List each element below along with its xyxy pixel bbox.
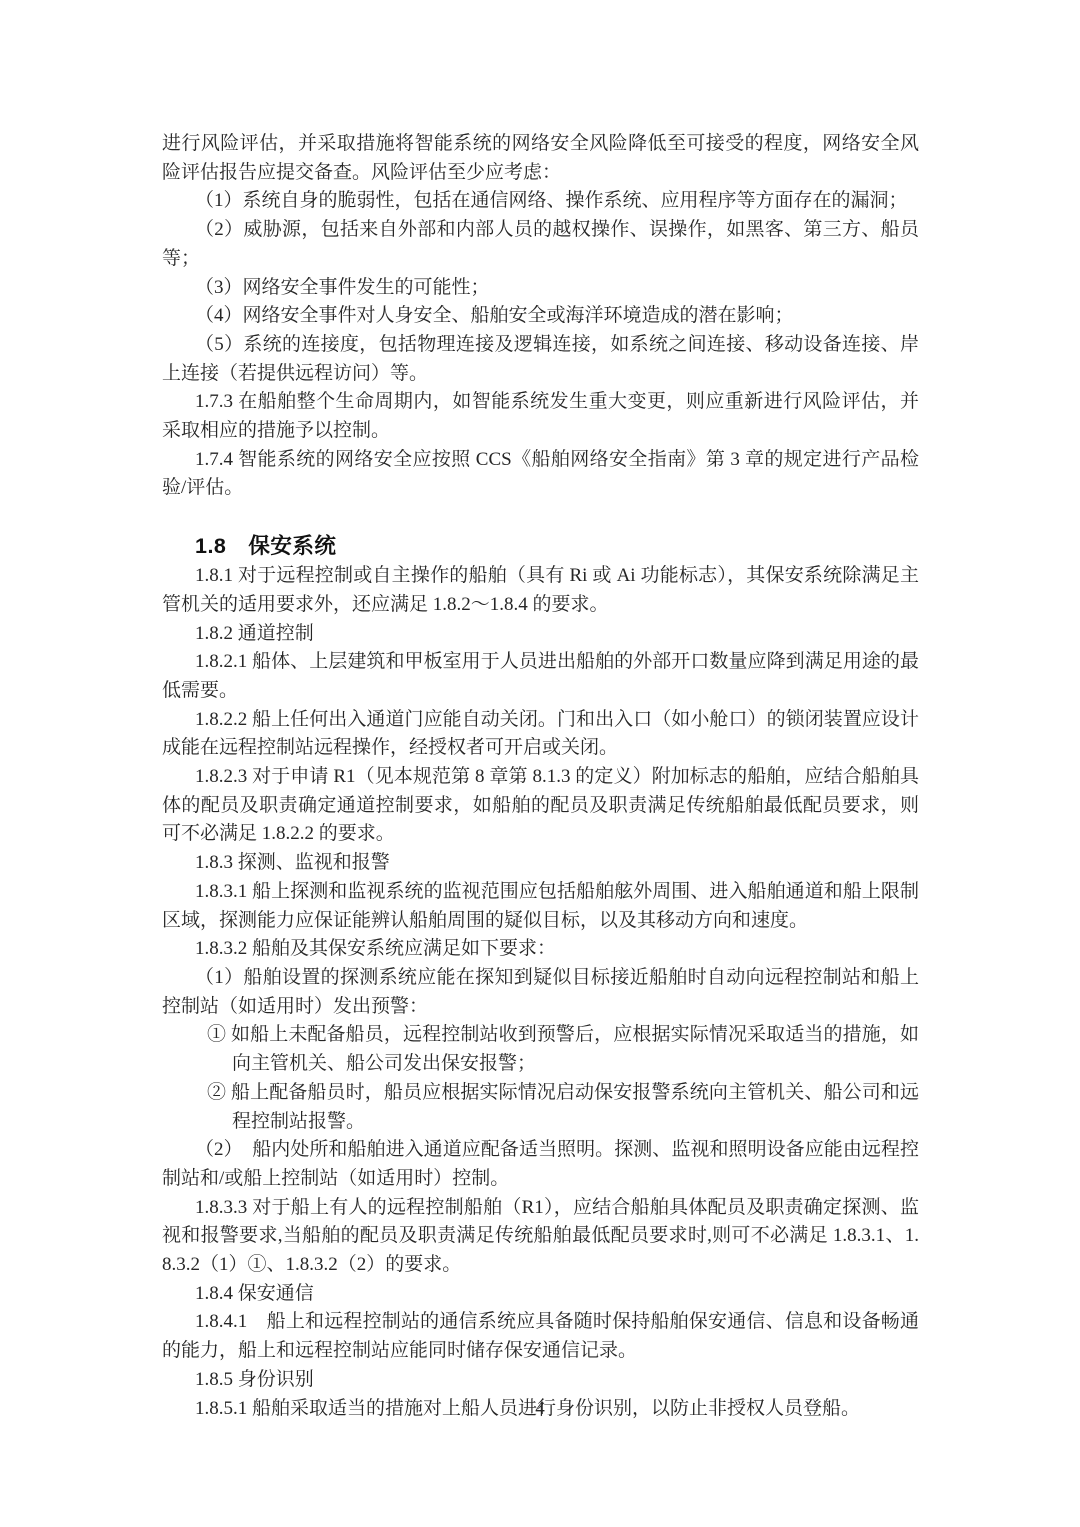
paragraph: （2） 船内处所和船舶进入通道应配备适当照明。探测、监视和照明设备应能由远程控制… — [162, 1136, 919, 1193]
paragraph: （1）系统自身的脆弱性，包括在通信网络、操作系统、应用程序等方面存在的漏洞； — [162, 187, 919, 216]
paragraph: ② 船上配备船员时，船员应根据实际情况启动保安报警系统向主管机关、船公司和远程控… — [162, 1079, 919, 1136]
paragraph: 1.8.4 保安通信 — [162, 1280, 919, 1309]
paragraph: 1.8.4.1 船上和远程控制站的通信系统应具备随时保持船舶保安通信、信息和设备… — [162, 1308, 919, 1365]
paragraph: （2）威胁源，包括来自外部和内部人员的越权操作、误操作，如黑客、第三方、船员等； — [162, 216, 919, 273]
paragraph: （5）系统的连接度，包括物理连接及逻辑连接，如系统之间连接、移动设备连接、岸上连… — [162, 331, 919, 388]
paragraph: 进行风险评估，并采取措施将智能系统的网络安全风险降低至可接受的程度，网络安全风险… — [162, 130, 919, 187]
paragraph: 1.8.3 探测、监视和报警 — [162, 849, 919, 878]
paragraph: 1.8.1 对于远程控制或自主操作的船舶（具有 Ri 或 Ai 功能标志），其保… — [162, 562, 919, 619]
paragraph: （1）船舶设置的探测系统应能在探知到疑似目标接近船舶时自动向远程控制站和船上控制… — [162, 964, 919, 1021]
paragraph: 1.8.5 身份识别 — [162, 1366, 919, 1395]
paragraph: （4）网络安全事件对人身安全、船舶安全或海洋环境造成的潜在影响； — [162, 302, 919, 331]
document-page: 进行风险评估，并采取措施将智能系统的网络安全风险降低至可接受的程度，网络安全风险… — [0, 0, 1080, 1527]
paragraph: 1.8.2.3 对于申请 R1（见本规范第 8 章第 8.1.3 的定义）附加标… — [162, 763, 919, 849]
paragraph: 1.8.2.1 船体、上层建筑和甲板室用于人员进出船舶的外部开口数量应降到满足用… — [162, 648, 919, 705]
paragraph: 1.8.2.2 船上任何出入通道门应能自动关闭。门和出入口（如小舱口）的锁闭装置… — [162, 706, 919, 763]
section-heading: 1.8 保安系统 — [162, 532, 919, 561]
paragraph: ① 如船上未配备船员，远程控制站收到预警后，应根据实际情况采取适当的措施，如向主… — [162, 1021, 919, 1078]
paragraph: 1.8.3.1 船上探测和监视系统的监视范围应包括船舶舷外周围、进入船舶通道和船… — [162, 878, 919, 935]
paragraph: 1.8.3.3 对于船上有人的远程控制船舶（R1），应结合船舶具体配员及职责确定… — [162, 1194, 919, 1280]
paragraph: 1.7.3 在船舶整个生命周期内，如智能系统发生重大变更，则应重新进行风险评估，… — [162, 388, 919, 445]
paragraph: 1.7.4 智能系统的网络安全应按照 CCS《船舶网络安全指南》第 3 章的规定… — [162, 446, 919, 503]
paragraph: 1.8.2 通道控制 — [162, 620, 919, 649]
paragraph: （3）网络安全事件发生的可能性； — [162, 274, 919, 303]
page-number: 4 — [0, 1398, 1080, 1420]
document-body: 进行风险评估，并采取措施将智能系统的网络安全风险降低至可接受的程度，网络安全风险… — [162, 130, 919, 1423]
paragraph: 1.8.3.2 船舶及其保安系统应满足如下要求： — [162, 935, 919, 964]
